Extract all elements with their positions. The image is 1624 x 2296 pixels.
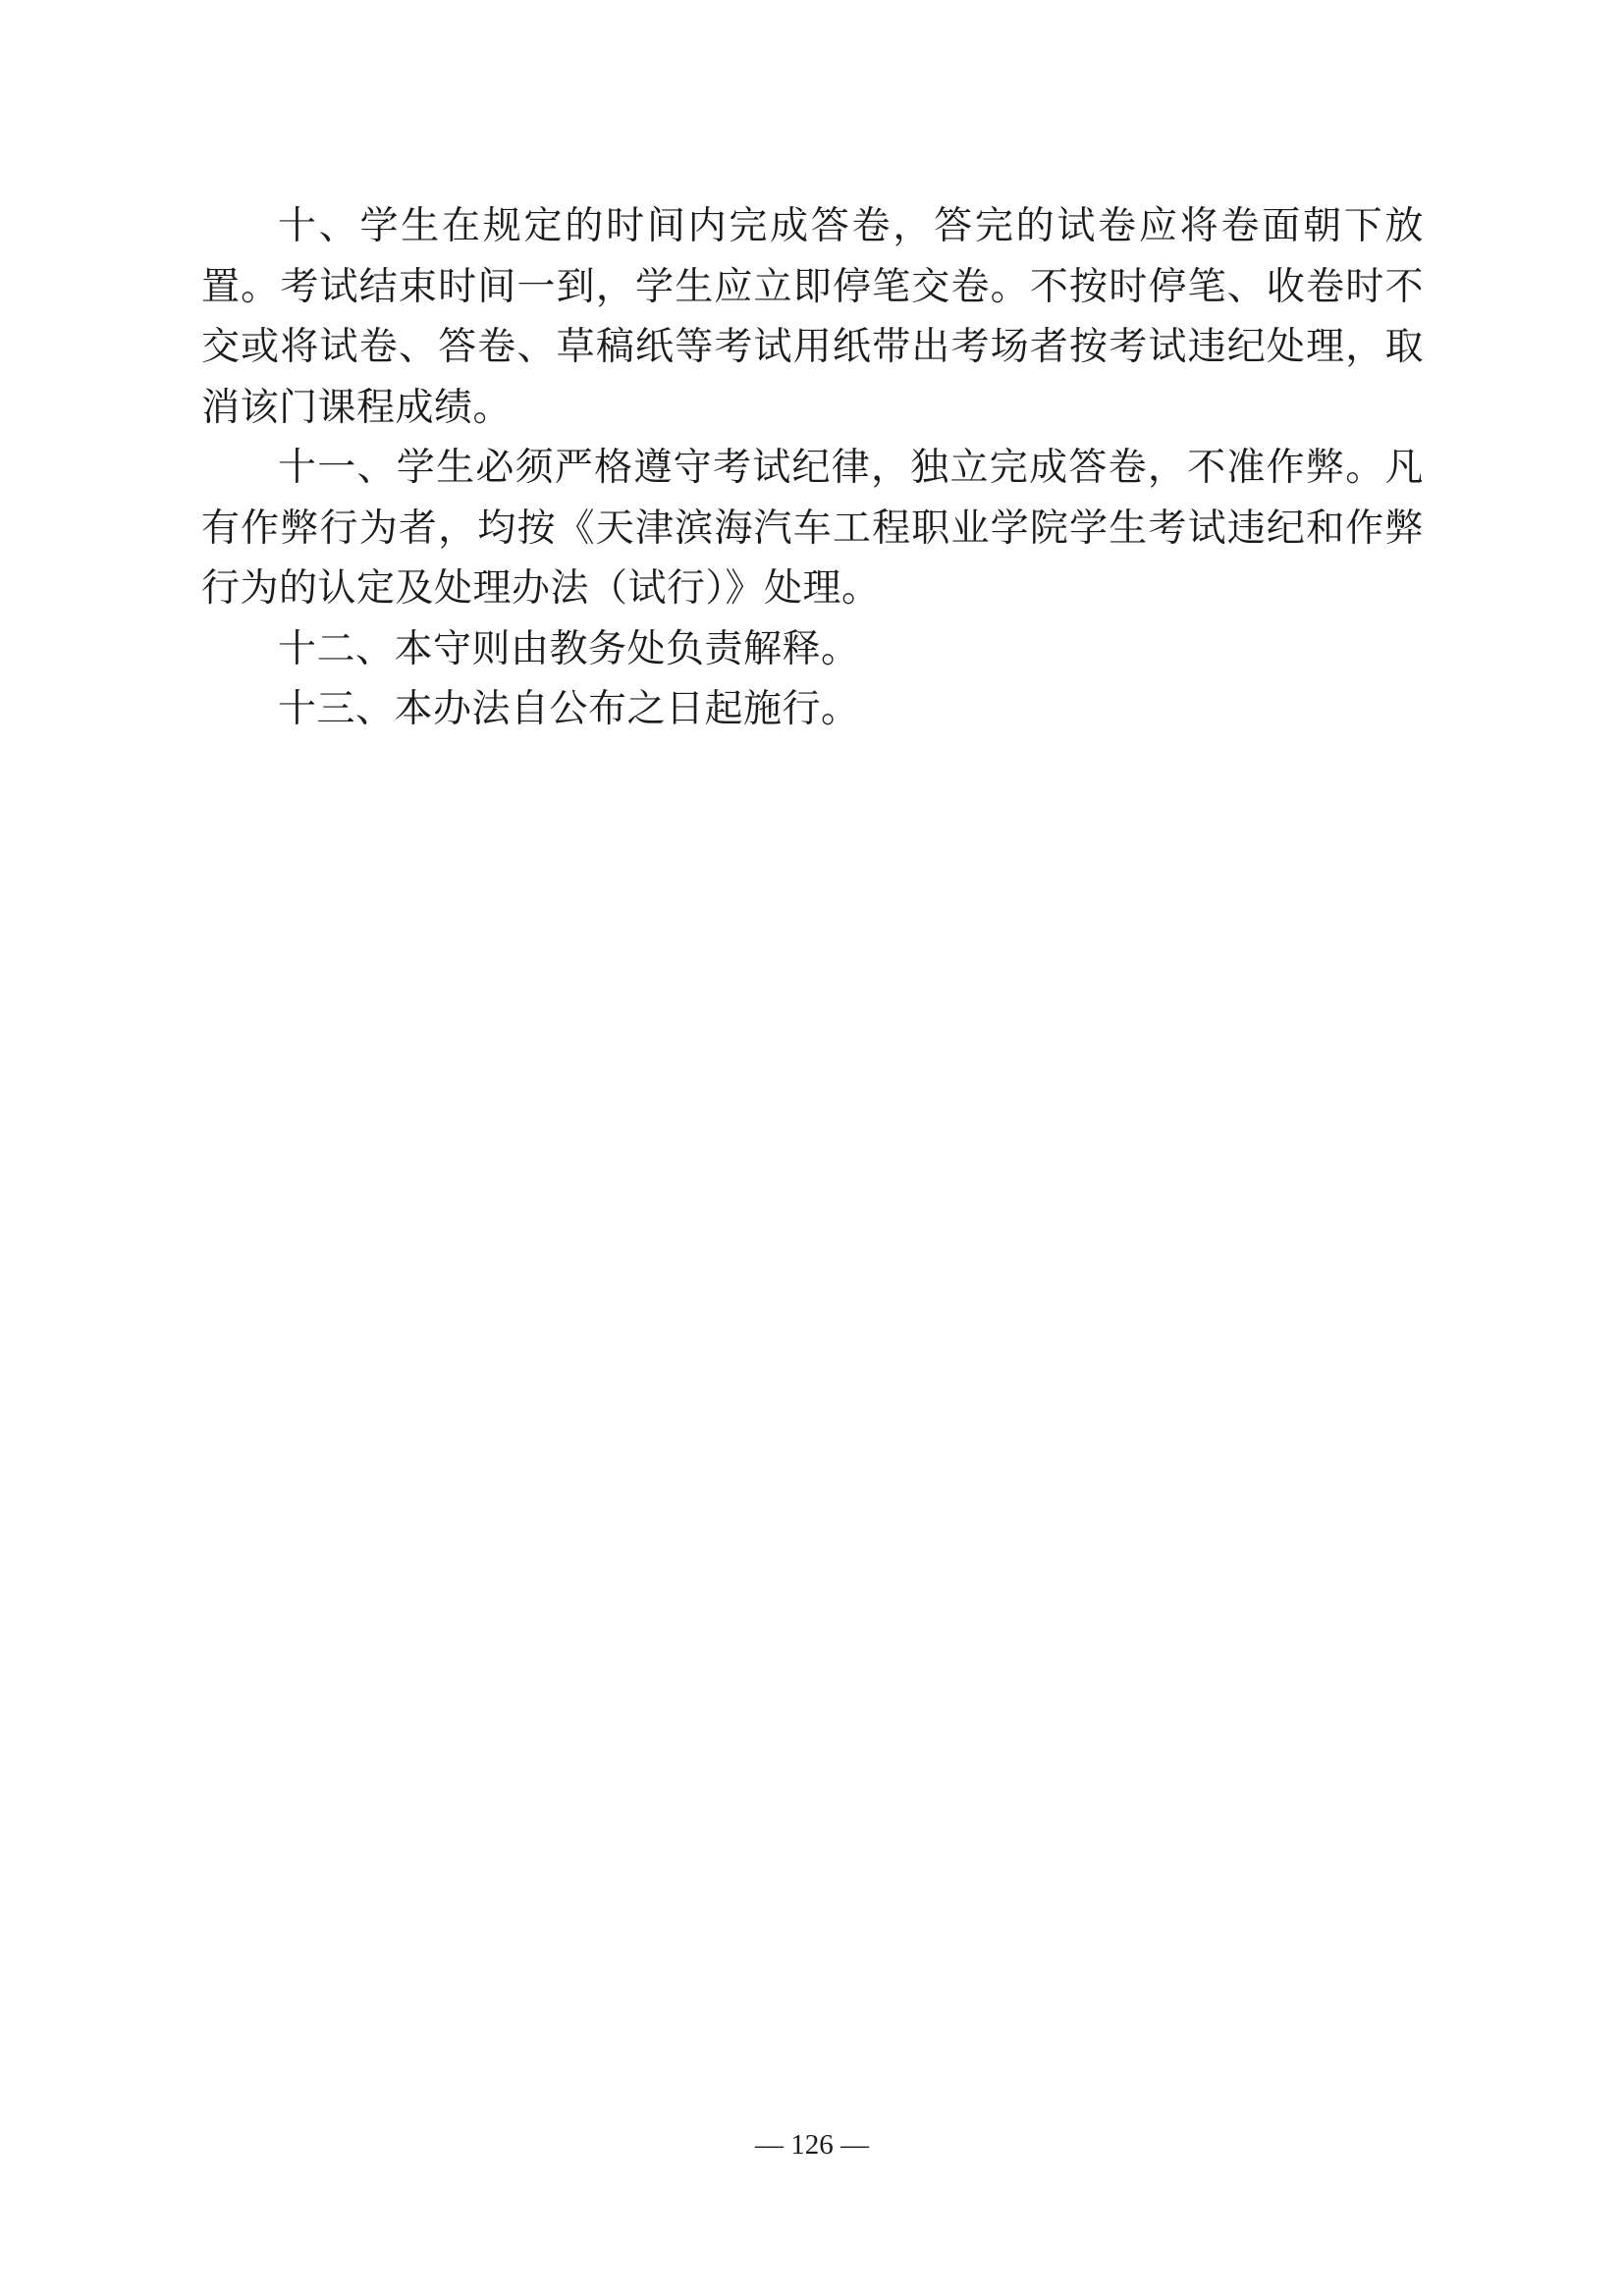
document-body: 十、学生在规定的时间内完成答卷，答完的试卷应将卷面朝下放置。考试结束时间一到，学…	[201, 196, 1424, 740]
page-number: — 126 —	[0, 2128, 1624, 2162]
paragraph-item-12: 十二、本守则由教务处负责解释。	[201, 619, 1424, 680]
paragraph-item-13: 十三、本办法自公布之日起施行。	[201, 679, 1424, 740]
document-page: 十、学生在规定的时间内完成答卷，答完的试卷应将卷面朝下放置。考试结束时间一到，学…	[0, 0, 1624, 2296]
paragraph-item-11: 十一、学生必须严格遵守考试纪律，独立完成答卷，不准作弊。凡有作弊行为者，均按《天…	[201, 438, 1424, 619]
paragraph-item-10: 十、学生在规定的时间内完成答卷，答完的试卷应将卷面朝下放置。考试结束时间一到，学…	[201, 196, 1424, 438]
